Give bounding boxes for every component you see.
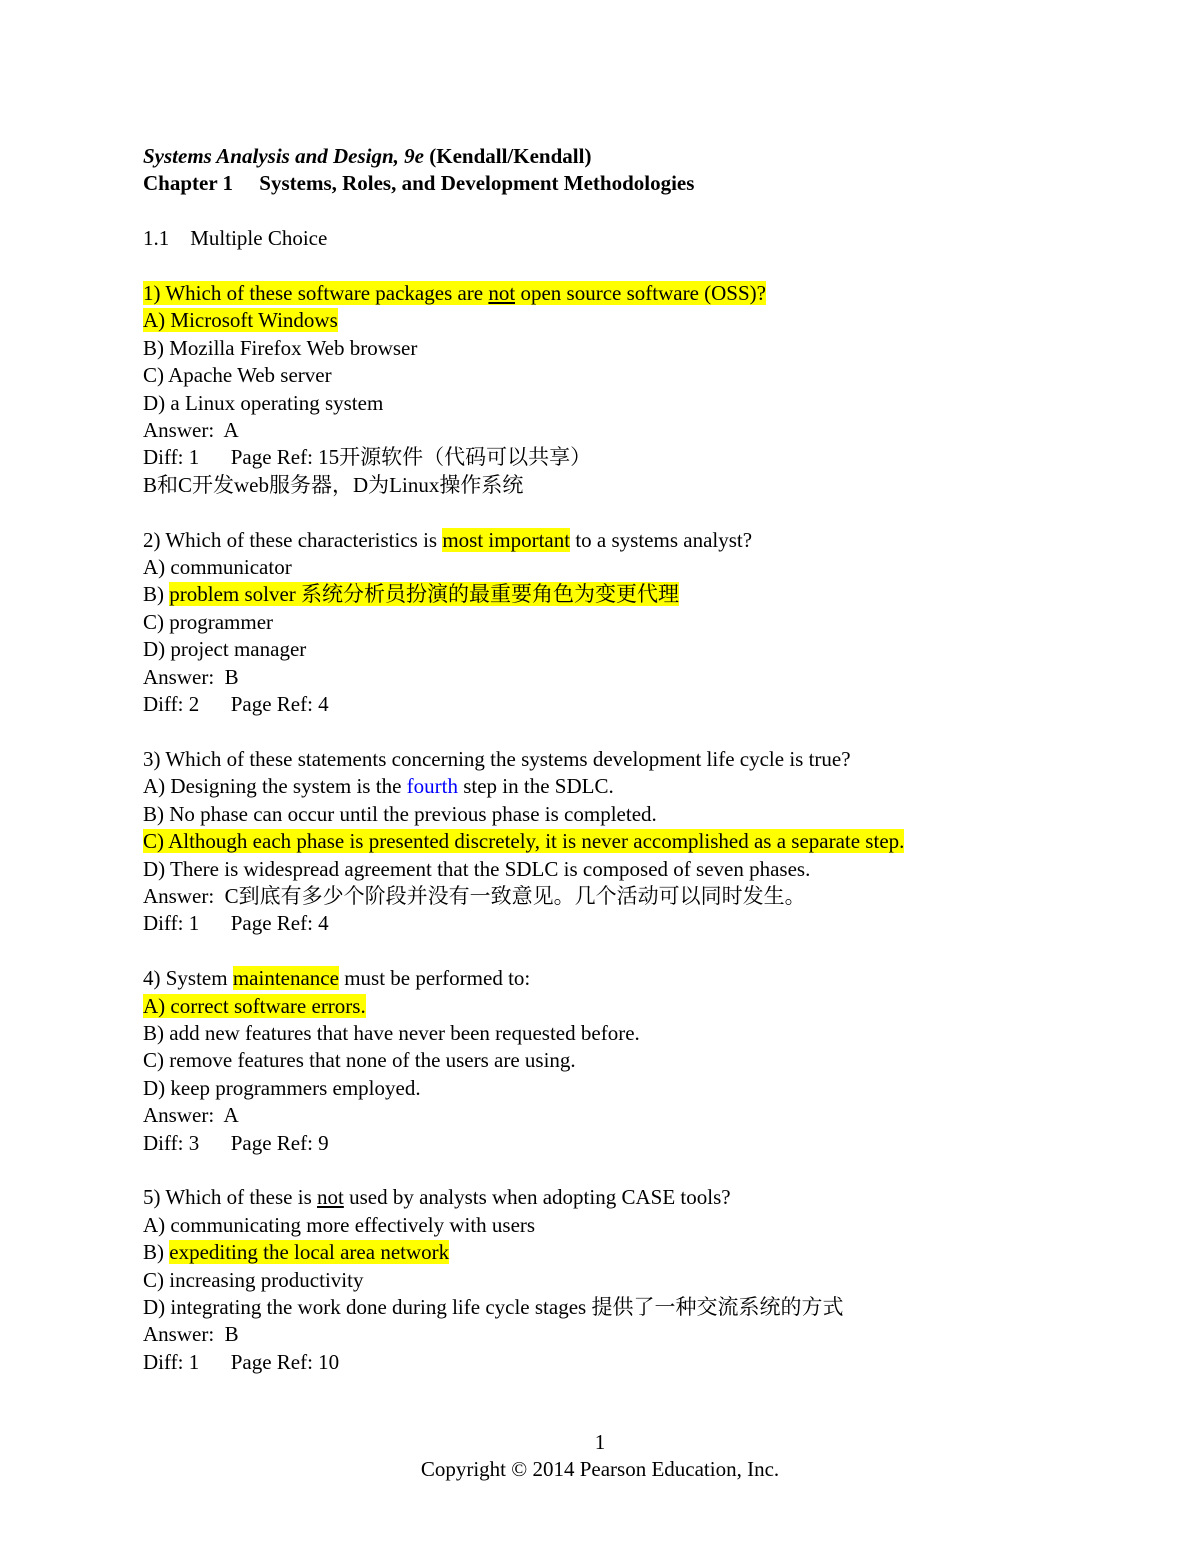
text-line: B) Mozilla Firefox Web browser <box>143 335 1155 362</box>
question-5: 5) Which of these is not used by analyst… <box>143 1184 1155 1376</box>
text-line: Answer: B <box>143 1321 1155 1348</box>
question-4: 4) System maintenance must be performed … <box>143 965 1155 1157</box>
highlighted-text: C) Although each phase is presented disc… <box>143 829 904 853</box>
text-line: B) add new features that have never been… <box>143 1020 1155 1047</box>
text-line: Diff: 1 Page Ref: 15开源软件（代码可以共享） <box>143 444 1155 471</box>
page-number: 1 <box>0 1429 1200 1456</box>
text-segment: B) add new features that have never been… <box>143 1021 640 1045</box>
text-segment: Answer: B <box>143 665 239 689</box>
highlighted-text: 1) Which of these software packages are <box>143 281 488 305</box>
text-line: C) Apache Web server <box>143 362 1155 389</box>
text-segment: Answer: A <box>143 418 239 442</box>
highlighted-text: problem solver 系统分析员扮演的最重要角色为变更代理 <box>169 582 679 606</box>
text-line: B) problem solver 系统分析员扮演的最重要角色为变更代理 <box>143 581 1155 608</box>
text-segment: A) communicating more effectively with u… <box>143 1213 535 1237</box>
text-line: 3) Which of these statements concerning … <box>143 746 1155 773</box>
text-line: Diff: 2 Page Ref: 4 <box>143 691 1155 718</box>
text-segment: A) communicator <box>143 555 292 579</box>
highlighted-text: A) Microsoft Windows <box>143 308 338 332</box>
text-line: Diff: 3 Page Ref: 9 <box>143 1130 1155 1157</box>
text-segment: C) remove features that none of the user… <box>143 1048 576 1072</box>
text-line: A) Microsoft Windows <box>143 307 1155 334</box>
text-segment: B) Mozilla Firefox Web browser <box>143 336 417 360</box>
text-segment: D) integrating the work done during life… <box>143 1295 843 1319</box>
text-line: 4) System maintenance must be performed … <box>143 965 1155 992</box>
text-line: A) communicator <box>143 554 1155 581</box>
text-segment: C) increasing productivity <box>143 1268 363 1292</box>
text-line: 5) Which of these is not used by analyst… <box>143 1184 1155 1211</box>
text-line: C) increasing productivity <box>143 1267 1155 1294</box>
text-segment: must be performed to: <box>339 966 530 990</box>
text-segment: B和C开发web服务器，D为Linux操作系统 <box>143 473 523 497</box>
text-line: A) correct software errors. <box>143 993 1155 1020</box>
page-footer: 1 Copyright © 2014 Pearson Education, In… <box>0 1429 1200 1484</box>
spacer <box>143 198 1155 225</box>
text-segment: Diff: 2 Page Ref: 4 <box>143 692 329 716</box>
text-segment: Diff: 1 Page Ref: 4 <box>143 911 329 935</box>
question-3: 3) Which of these statements concerning … <box>143 746 1155 938</box>
text-line: C) Although each phase is presented disc… <box>143 828 1155 855</box>
text-segment: Answer: A <box>143 1103 239 1127</box>
text-segment: C) programmer <box>143 610 273 634</box>
text-segment: step in the SDLC. <box>458 774 614 798</box>
text-segment: D) keep programmers employed. <box>143 1076 421 1100</box>
text-line: Answer: C到底有多少个阶段并没有一致意见。几个活动可以同时发生。 <box>143 883 1155 910</box>
text-line: B和C开发web服务器，D为Linux操作系统 <box>143 472 1155 499</box>
text-line: C) programmer <box>143 609 1155 636</box>
text-line: 1) Which of these software packages are … <box>143 280 1155 307</box>
text-line: B) expediting the local area network <box>143 1239 1155 1266</box>
text-segment: 4) System <box>143 966 233 990</box>
text-segment: B) <box>143 582 169 606</box>
document-title: Systems Analysis and Design, 9e (Kendall… <box>143 143 1155 170</box>
text-line: D) There is widespread agreement that th… <box>143 856 1155 883</box>
text-line: 2) Which of these characteristics is mos… <box>143 527 1155 554</box>
document-body: Systems Analysis and Design, 9e (Kendall… <box>0 0 1200 1376</box>
section-heading: 1.1 Multiple Choice <box>143 225 1155 252</box>
text-segment: 2) Which of these characteristics is <box>143 528 442 552</box>
text-segment: Diff: 3 Page Ref: 9 <box>143 1131 329 1155</box>
text-segment: Diff: 1 Page Ref: 10 <box>143 1350 339 1374</box>
document-page: Systems Analysis and Design, 9e (Kendall… <box>0 0 1200 1553</box>
text-line: A) communicating more effectively with u… <box>143 1212 1155 1239</box>
text-segment: used by analysts when adopting CASE tool… <box>344 1185 731 1209</box>
highlighted-text: not <box>488 281 515 305</box>
colored-text: fourth <box>407 774 458 798</box>
text-line: D) keep programmers employed. <box>143 1075 1155 1102</box>
book-authors: (Kendall/Kendall) <box>424 144 591 168</box>
text-line: Answer: A <box>143 417 1155 444</box>
text-segment: C) Apache Web server <box>143 363 332 387</box>
text-segment: not <box>317 1185 344 1209</box>
highlighted-text: A) correct software errors. <box>143 994 366 1018</box>
question-1: 1) Which of these software packages are … <box>143 280 1155 499</box>
text-line: D) integrating the work done during life… <box>143 1294 1155 1321</box>
highlighted-text: expediting the local area network <box>169 1240 449 1264</box>
text-line: D) project manager <box>143 636 1155 663</box>
text-segment: 5) Which of these is <box>143 1185 317 1209</box>
text-line: C) remove features that none of the user… <box>143 1047 1155 1074</box>
text-segment: D) There is widespread agreement that th… <box>143 857 810 881</box>
book-title: Systems Analysis and Design, 9e <box>143 144 424 168</box>
highlighted-text: open source software (OSS)? <box>515 281 766 305</box>
questions-list: 1) Which of these software packages are … <box>143 280 1155 1376</box>
text-segment: Answer: B <box>143 1322 239 1346</box>
chapter-heading: Chapter 1 Systems, Roles, and Developmen… <box>143 170 1155 197</box>
text-line: Answer: A <box>143 1102 1155 1129</box>
text-segment: 3) Which of these statements concerning … <box>143 747 851 771</box>
text-line: Diff: 1 Page Ref: 4 <box>143 910 1155 937</box>
text-segment: Diff: 1 Page Ref: 15开源软件（代码可以共享） <box>143 445 591 469</box>
text-segment: A) Designing the system is the <box>143 774 407 798</box>
text-line: A) Designing the system is the fourth st… <box>143 773 1155 800</box>
spacer <box>143 253 1155 280</box>
text-segment: B) <box>143 1240 169 1264</box>
text-segment: to a systems analyst? <box>570 528 752 552</box>
text-line: Diff: 1 Page Ref: 10 <box>143 1349 1155 1376</box>
text-segment: B) No phase can occur until the previous… <box>143 802 657 826</box>
text-segment: D) project manager <box>143 637 306 661</box>
text-line: B) No phase can occur until the previous… <box>143 801 1155 828</box>
highlighted-text: maintenance <box>233 966 339 990</box>
highlighted-text: most important <box>442 528 570 552</box>
copyright-notice: Copyright © 2014 Pearson Education, Inc. <box>0 1456 1200 1483</box>
text-line: D) a Linux operating system <box>143 390 1155 417</box>
text-segment: D) a Linux operating system <box>143 391 383 415</box>
question-2: 2) Which of these characteristics is mos… <box>143 527 1155 719</box>
text-line: Answer: B <box>143 664 1155 691</box>
text-segment: Answer: C到底有多少个阶段并没有一致意见。几个活动可以同时发生。 <box>143 884 806 908</box>
